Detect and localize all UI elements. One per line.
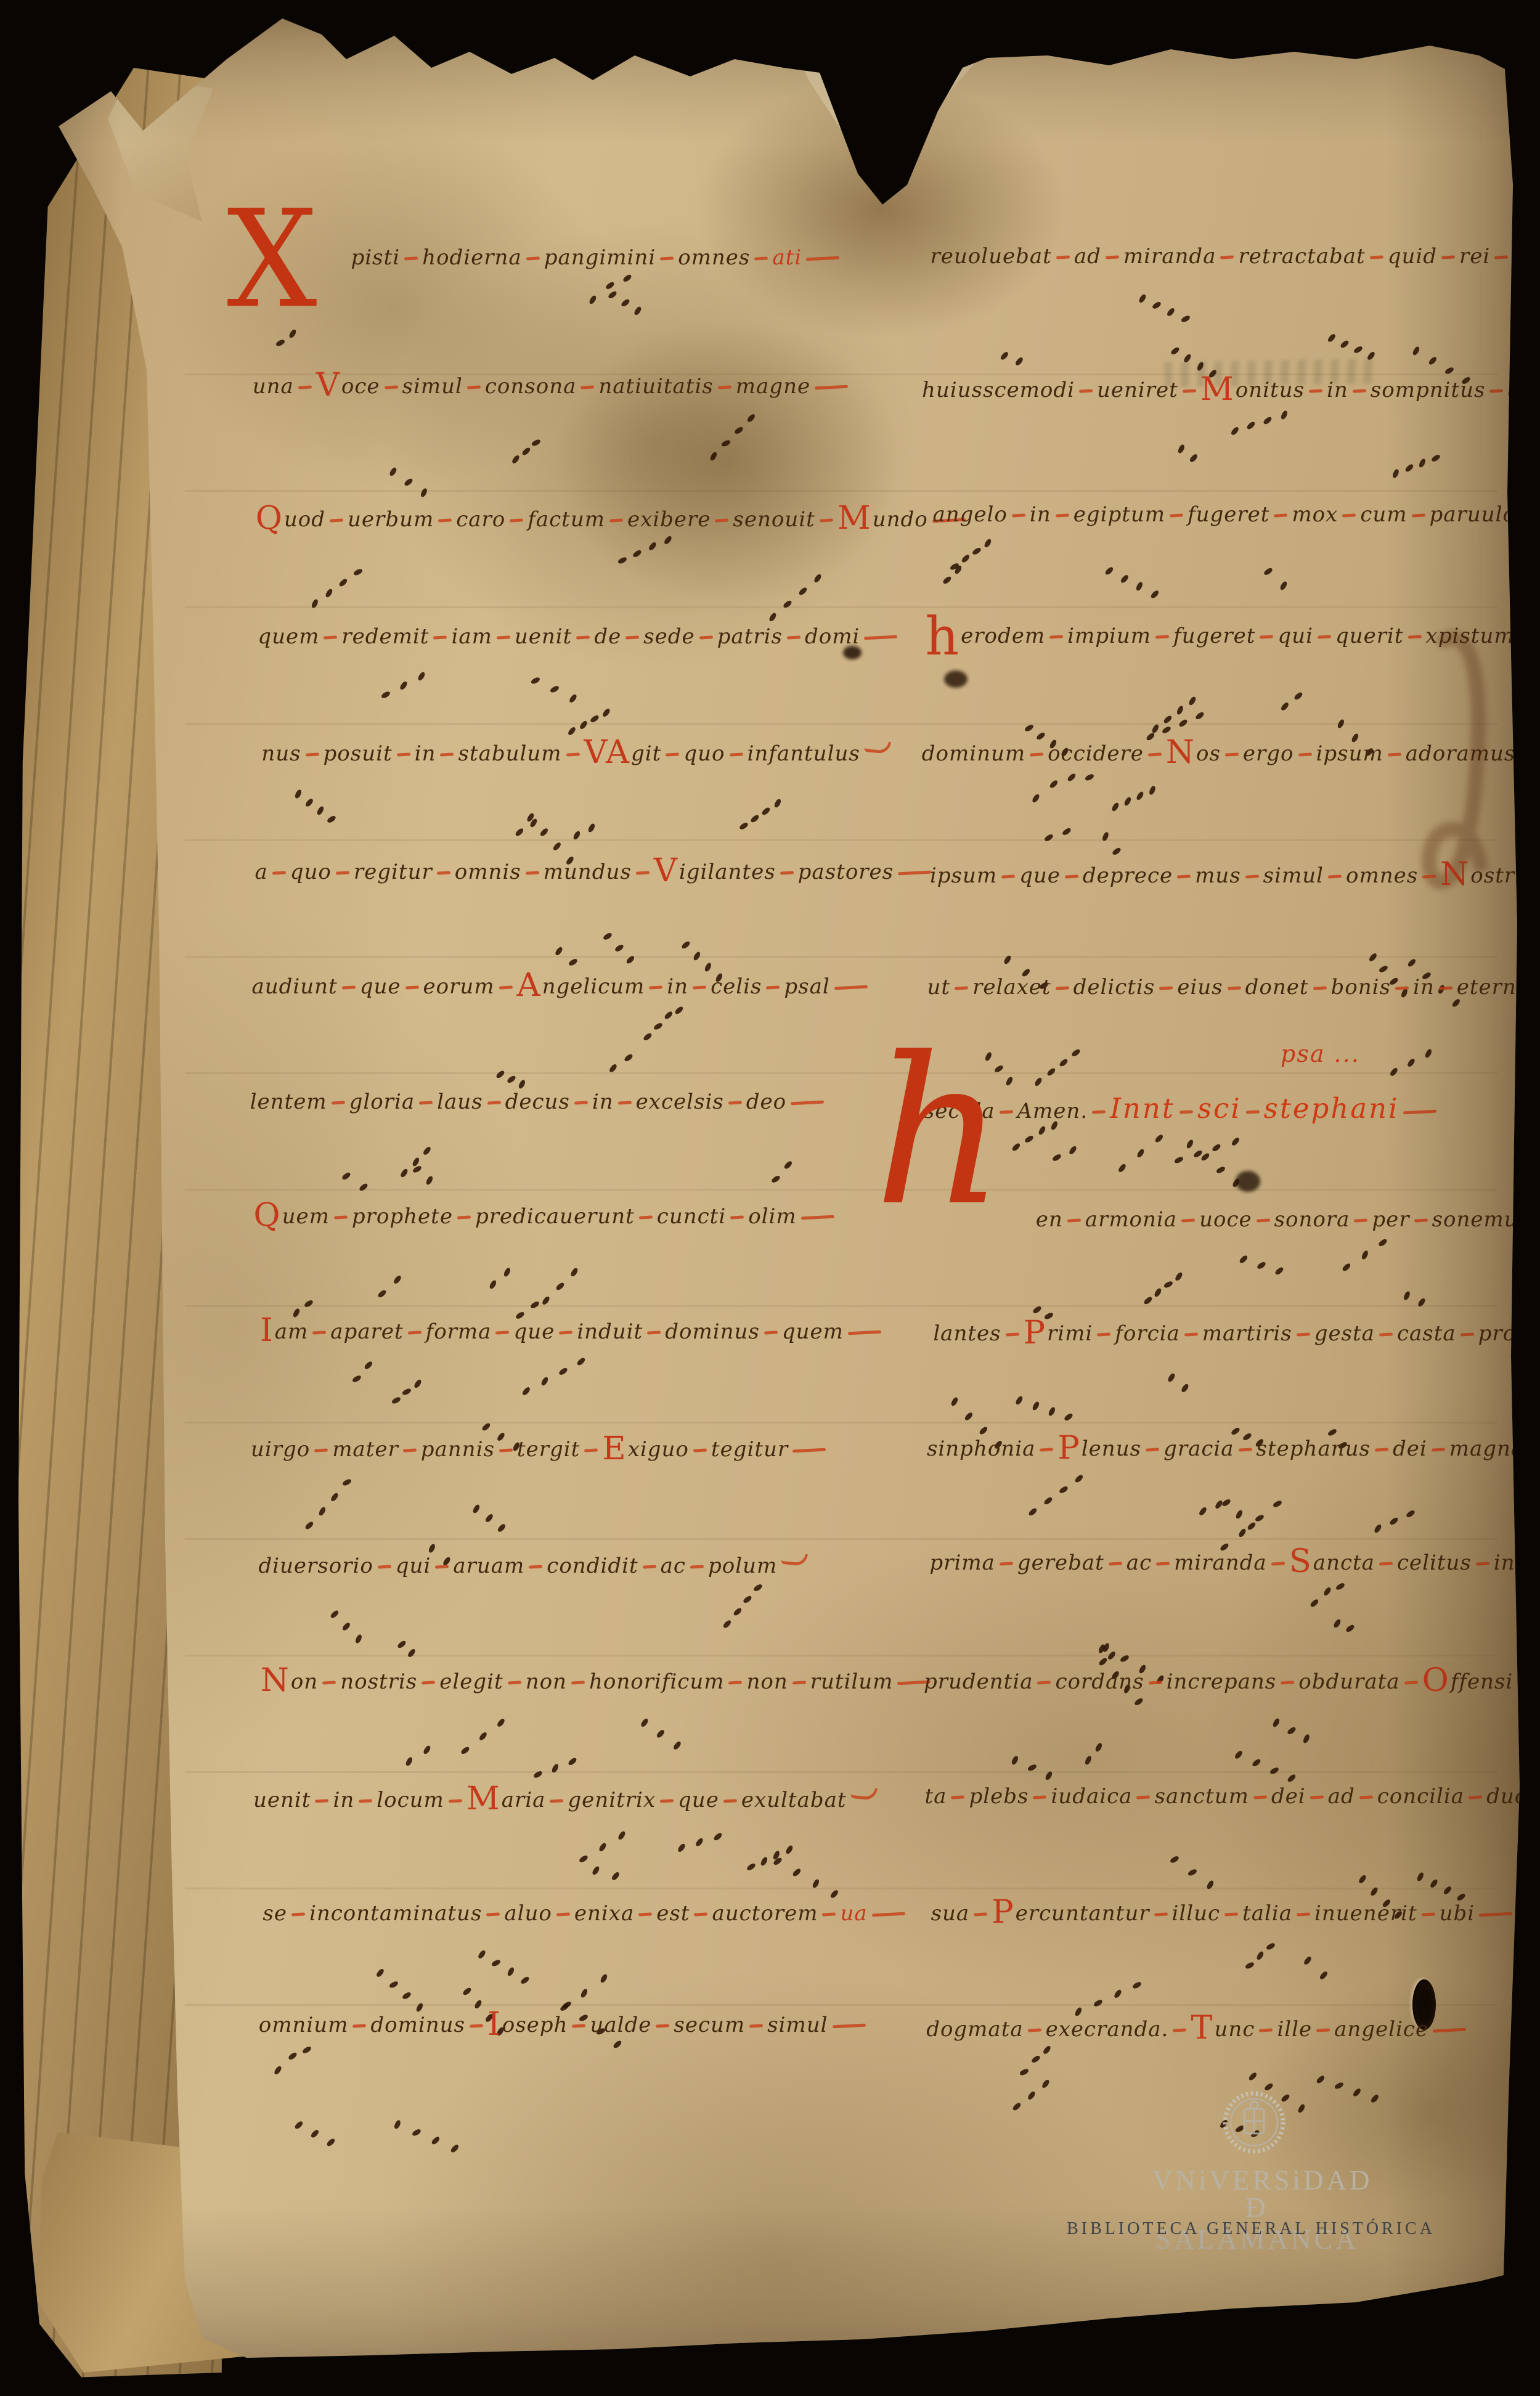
word: rei bbox=[1459, 246, 1490, 267]
neume-dot bbox=[664, 1011, 674, 1021]
neume-group bbox=[927, 1350, 1513, 1448]
neume-dot bbox=[412, 1165, 422, 1173]
rubric-dash bbox=[1476, 1562, 1489, 1565]
neume-dot bbox=[1280, 2093, 1290, 2102]
red-initial: Q bbox=[256, 499, 283, 537]
word: egiptum bbox=[1074, 504, 1165, 525]
neume-dot bbox=[1132, 1981, 1143, 1989]
rubric-dash bbox=[1298, 752, 1311, 756]
rubric-dash bbox=[806, 256, 839, 261]
neume-dot bbox=[1269, 1766, 1279, 1775]
neume-dot bbox=[1000, 351, 1009, 361]
neume-dot bbox=[377, 1289, 387, 1299]
word: ua bbox=[840, 1903, 867, 1924]
rubric-dash bbox=[848, 1330, 881, 1335]
rubric-dash bbox=[1354, 1219, 1367, 1223]
neume-dot bbox=[1150, 589, 1160, 599]
word: Nos bbox=[1166, 743, 1221, 764]
rubric-dash bbox=[1422, 874, 1436, 878]
neume-dot bbox=[1353, 346, 1363, 354]
neume-dot bbox=[1113, 1989, 1123, 1999]
word: uerbum bbox=[348, 509, 434, 530]
neume-dot bbox=[511, 454, 521, 465]
neume-dot bbox=[1238, 1255, 1249, 1265]
rubric-dash bbox=[1520, 752, 1540, 757]
neume-dot bbox=[746, 1862, 757, 1872]
neume-dot bbox=[1370, 2093, 1380, 2103]
neume-dot bbox=[329, 1610, 340, 1620]
manuscript-line-left-13: Nonnostriselegitnonhonorificumnonrutilum bbox=[261, 1671, 935, 1692]
red-initial: I bbox=[260, 1311, 274, 1349]
marginal-psalm-cue: psa ... bbox=[1281, 1040, 1360, 1067]
neume-dot bbox=[327, 815, 337, 824]
neume-dot bbox=[1178, 718, 1189, 727]
word: Vigilantes bbox=[654, 862, 776, 882]
neume-dot bbox=[663, 535, 673, 545]
rubric-dash bbox=[330, 518, 343, 522]
neume-dot bbox=[559, 2003, 569, 2012]
neume-dot bbox=[738, 822, 749, 831]
rubric-dash bbox=[1154, 1912, 1167, 1916]
rubric-dash bbox=[324, 636, 337, 640]
rubric-dash bbox=[780, 871, 794, 875]
rubric-dash bbox=[1227, 986, 1241, 990]
word: in bbox=[1030, 504, 1051, 525]
rubric-dash bbox=[1106, 255, 1119, 259]
rubric-dash bbox=[1246, 1110, 1260, 1114]
neume-dot bbox=[1102, 1642, 1110, 1653]
word: forma bbox=[426, 1321, 492, 1342]
neume-dot bbox=[1189, 453, 1199, 463]
word: Angelicum bbox=[517, 976, 645, 997]
word: pisti bbox=[351, 247, 401, 268]
word: eius bbox=[1177, 977, 1223, 998]
rubric-dash bbox=[815, 385, 848, 389]
neume-dot bbox=[1412, 346, 1421, 356]
rubric-dash bbox=[1318, 635, 1331, 638]
word: se bbox=[263, 1903, 287, 1924]
neume-dot bbox=[568, 1757, 578, 1766]
rubric-dash bbox=[974, 1912, 987, 1916]
neume-group bbox=[256, 271, 878, 370]
word: olim bbox=[748, 1206, 796, 1227]
manuscript-line-right-11: sinphoniaPlenusgraciastephanusdeimagna bbox=[927, 1438, 1540, 1459]
word: eorum bbox=[423, 976, 495, 997]
word: Iam bbox=[260, 1321, 308, 1342]
word: posuit bbox=[324, 743, 393, 764]
word: ipsum bbox=[930, 865, 997, 886]
neume-dot bbox=[1019, 2068, 1030, 2076]
word: sinphonia bbox=[927, 1438, 1035, 1459]
neume-dot bbox=[599, 1973, 608, 1984]
red-initial: P bbox=[1057, 1429, 1080, 1467]
rubric-dash bbox=[792, 1681, 806, 1684]
neume-group bbox=[927, 1119, 1513, 1217]
neume-dot bbox=[1034, 1077, 1043, 1087]
rubric-dash bbox=[1534, 1219, 1540, 1223]
word: non bbox=[526, 1671, 567, 1692]
rubric-dash bbox=[1253, 1795, 1267, 1799]
neume-dot bbox=[1170, 346, 1180, 356]
neume-dot bbox=[1151, 723, 1160, 734]
red-initial: P bbox=[992, 1893, 1014, 1931]
neume-dot bbox=[632, 549, 643, 558]
neume-dot bbox=[375, 1968, 385, 1978]
word: per bbox=[1372, 1209, 1409, 1230]
neume-dot bbox=[569, 1267, 579, 1277]
neume-dot bbox=[1287, 1774, 1297, 1783]
neume-dot bbox=[1051, 1153, 1062, 1162]
word: tegitur bbox=[711, 1439, 788, 1460]
rubric-dash bbox=[378, 1565, 391, 1569]
neume-dot bbox=[1195, 711, 1205, 720]
word: gerebat bbox=[1017, 1552, 1104, 1573]
neume-dot bbox=[1310, 1598, 1320, 1608]
word: Plenus bbox=[1057, 1438, 1141, 1459]
neume-dot bbox=[750, 814, 760, 824]
rubric-dash bbox=[336, 871, 349, 875]
neume-group bbox=[256, 404, 878, 502]
parchment-page: pistihodiernapangiminiomnesatiunaVocesim… bbox=[0, 0, 1540, 2396]
rubric-dash bbox=[1404, 1681, 1417, 1685]
rubric-dash bbox=[499, 986, 512, 990]
rubric-dash bbox=[1055, 986, 1069, 990]
neume-dot bbox=[1041, 2079, 1051, 2089]
rubric-dash bbox=[1092, 1110, 1106, 1114]
neume-dot bbox=[1335, 1582, 1346, 1591]
neume-dot bbox=[316, 805, 325, 816]
rubric-dash bbox=[352, 2024, 366, 2028]
rubric-dash bbox=[1238, 1448, 1252, 1452]
neume-dot bbox=[1444, 367, 1455, 375]
neume-dot bbox=[1230, 1427, 1241, 1436]
word: sua bbox=[931, 1903, 970, 1924]
rubric-dash bbox=[1422, 1912, 1435, 1916]
neume-dot bbox=[1180, 314, 1191, 323]
word: que bbox=[678, 1790, 719, 1811]
word: uenit bbox=[253, 1790, 311, 1811]
neume-dot bbox=[287, 2052, 298, 2061]
rubric-dash bbox=[305, 753, 319, 757]
neume-dot bbox=[521, 446, 531, 456]
word: ab bbox=[1507, 380, 1534, 401]
neume-group bbox=[927, 653, 1513, 752]
word: quid bbox=[1388, 246, 1437, 267]
neume-dot bbox=[1286, 1726, 1297, 1735]
neume-dot bbox=[1135, 791, 1144, 801]
word: querit bbox=[1335, 625, 1404, 646]
rubric-dash bbox=[298, 385, 312, 389]
red-initial: S bbox=[1289, 1542, 1312, 1580]
neume-dot bbox=[617, 1830, 626, 1841]
neume-dot bbox=[1266, 1942, 1276, 1951]
neume-dot bbox=[607, 290, 617, 299]
word: dei bbox=[1393, 1438, 1427, 1459]
neume-dot bbox=[364, 1360, 373, 1370]
neume-dot bbox=[695, 1837, 704, 1848]
neume-dot bbox=[1167, 1373, 1176, 1383]
neume-dot bbox=[954, 564, 963, 575]
red-initial: h bbox=[925, 606, 959, 667]
neume-dot bbox=[495, 1070, 506, 1080]
word: in bbox=[592, 1091, 614, 1112]
word: domi bbox=[805, 626, 860, 647]
rubric-dash bbox=[1155, 635, 1169, 638]
rubric-dash bbox=[403, 1449, 417, 1453]
neume-dot bbox=[598, 1842, 607, 1852]
rubric-dash bbox=[449, 1799, 462, 1803]
rubric-dash bbox=[508, 1681, 521, 1684]
neume-dot bbox=[1279, 581, 1288, 591]
neume-dot bbox=[1280, 701, 1290, 711]
neume-dot bbox=[614, 943, 624, 953]
neume-dot bbox=[491, 1958, 502, 1967]
rubric-dash bbox=[1156, 1562, 1170, 1565]
word: a bbox=[255, 862, 267, 882]
neume-dot bbox=[462, 1986, 472, 1995]
red-initial: N bbox=[1166, 733, 1195, 771]
rubric-dash bbox=[693, 986, 706, 990]
manuscript-line-left-11: uirgomaterpannistergitExiguotegitur bbox=[251, 1439, 830, 1460]
neume-dot bbox=[381, 691, 391, 699]
rubric-dash bbox=[660, 1799, 674, 1803]
rubric-dash bbox=[1079, 389, 1093, 393]
rubric-dash bbox=[1528, 1448, 1540, 1453]
neume-dot bbox=[942, 576, 953, 585]
neume-dot bbox=[753, 1583, 764, 1592]
neume-dot bbox=[473, 1999, 483, 2010]
rubric-dash bbox=[666, 753, 679, 757]
word: casta bbox=[1397, 1323, 1456, 1344]
neume-dot bbox=[1107, 1650, 1117, 1661]
neume-dot bbox=[1136, 1148, 1145, 1159]
word: patris bbox=[717, 626, 783, 647]
neume-dot bbox=[1297, 2103, 1306, 2114]
neume-group bbox=[927, 1813, 1513, 1912]
neume-dot bbox=[1212, 1143, 1222, 1152]
neume-dot bbox=[515, 1311, 526, 1320]
rubric-dash bbox=[1225, 752, 1239, 756]
word: uenit bbox=[515, 626, 572, 647]
neume-dot bbox=[506, 1966, 515, 1977]
word: quo bbox=[290, 862, 332, 882]
word: uirgo bbox=[251, 1439, 310, 1460]
word: prudentia bbox=[924, 1671, 1033, 1692]
word: dei bbox=[1271, 1786, 1306, 1807]
rubric-dash bbox=[1469, 1795, 1482, 1799]
rubric-dash bbox=[1408, 635, 1421, 638]
neume-dot bbox=[1237, 1528, 1247, 1538]
neume-dot bbox=[567, 726, 577, 736]
neume-dot bbox=[617, 556, 627, 565]
neume-dot bbox=[1145, 732, 1155, 742]
word: simul bbox=[767, 2015, 828, 2035]
neume-dot bbox=[1098, 1657, 1109, 1667]
neume-group bbox=[927, 889, 1513, 987]
neume-dot bbox=[399, 1168, 409, 1178]
rubric-dash bbox=[1005, 1333, 1019, 1337]
neume-dot bbox=[1404, 463, 1415, 473]
neume-dot bbox=[330, 1492, 340, 1502]
rubric-dash bbox=[1256, 1219, 1269, 1223]
neume-dot bbox=[1070, 1048, 1081, 1057]
neume-dot bbox=[732, 1607, 743, 1617]
rubric-dash bbox=[322, 1681, 336, 1684]
neume-dot bbox=[1327, 1428, 1337, 1436]
word: omnium bbox=[259, 2015, 349, 2035]
neume-dot bbox=[561, 2001, 572, 2010]
word: rutilum bbox=[810, 1671, 894, 1692]
rubric-dash bbox=[864, 635, 897, 640]
neume-dot bbox=[1037, 1125, 1046, 1136]
rubric-dash bbox=[1411, 513, 1425, 517]
rubric-dash bbox=[1281, 1681, 1294, 1685]
neume-dot bbox=[428, 1543, 436, 1554]
neume-dot bbox=[1027, 2090, 1037, 2101]
drop-cap-x: X bbox=[227, 192, 317, 327]
rubric-dash bbox=[1489, 389, 1503, 393]
neume-dot bbox=[481, 1422, 491, 1432]
word: occidere bbox=[1048, 743, 1144, 764]
neume-group bbox=[256, 1465, 878, 1564]
neume-dot bbox=[354, 1634, 362, 1644]
word: excelsis bbox=[636, 1091, 724, 1112]
neume-dot bbox=[773, 1857, 783, 1866]
word: fugeret bbox=[1173, 625, 1255, 646]
rubric-dash bbox=[457, 1216, 471, 1220]
rubric-dash bbox=[408, 1331, 422, 1335]
neume-dot bbox=[1117, 1163, 1127, 1173]
word: ac bbox=[1126, 1552, 1152, 1573]
word: ueniret bbox=[1097, 380, 1178, 401]
neume-dot bbox=[304, 1521, 315, 1531]
red-initial: M bbox=[1200, 370, 1234, 408]
neume-dot bbox=[1361, 1250, 1369, 1260]
neume-dot bbox=[653, 1022, 663, 1030]
neume-dot bbox=[572, 830, 581, 841]
word: relaxet bbox=[972, 977, 1051, 998]
rubric-dash bbox=[1056, 513, 1069, 517]
rubric-dash bbox=[438, 518, 452, 522]
word: iam bbox=[451, 626, 492, 647]
neume-group bbox=[256, 1813, 878, 1912]
neume-dot bbox=[1302, 1734, 1311, 1744]
neume-dot bbox=[1058, 1057, 1069, 1067]
word: sanctum bbox=[1154, 1786, 1249, 1807]
neume-dot bbox=[1031, 1401, 1040, 1411]
neume-dot bbox=[1148, 785, 1157, 796]
neume-dot bbox=[1063, 1412, 1074, 1422]
neume-dot bbox=[1175, 1271, 1184, 1282]
rubric-dash bbox=[1309, 389, 1322, 393]
manuscript-line-right-6: ipsumquedeprecemussimulomnesNostris bbox=[930, 865, 1540, 886]
rubric-dash bbox=[1388, 752, 1401, 756]
word: ubi bbox=[1440, 1903, 1475, 1924]
word: que bbox=[1019, 865, 1061, 886]
rubric-dash bbox=[1000, 1562, 1013, 1565]
manuscript-line-left-5: nusposuitinstabulumVAgitquoinfantulus bbox=[261, 743, 895, 764]
word: omnes bbox=[1346, 865, 1418, 886]
neume-dot bbox=[1135, 581, 1144, 592]
neume-dot bbox=[1200, 1152, 1210, 1162]
rubric-dash bbox=[643, 1565, 656, 1569]
neume-dot bbox=[611, 1871, 621, 1881]
word: ut bbox=[927, 977, 951, 998]
rubric-dash bbox=[1065, 874, 1078, 878]
neume-dot bbox=[783, 600, 793, 609]
rubric-dash bbox=[529, 1565, 542, 1569]
neume-group bbox=[927, 404, 1513, 502]
word: genitrix bbox=[568, 1790, 656, 1811]
rubric-dash bbox=[638, 1913, 652, 1917]
neume-dot bbox=[472, 1504, 481, 1514]
word: ad bbox=[1328, 1786, 1355, 1807]
word: decus bbox=[505, 1091, 570, 1112]
neume-dot bbox=[1152, 301, 1162, 310]
neume-dot bbox=[1045, 1771, 1054, 1781]
rubric-dash bbox=[495, 1331, 509, 1335]
neume-dot bbox=[1272, 1499, 1282, 1508]
neume-dot bbox=[1011, 1755, 1019, 1766]
neume-dot bbox=[394, 2119, 402, 2130]
word: audiunt bbox=[251, 976, 337, 997]
word: secum bbox=[674, 2015, 745, 2035]
rubric-dash bbox=[1170, 513, 1183, 517]
neume-dot bbox=[1234, 1750, 1244, 1759]
neume-group bbox=[927, 1465, 1513, 1564]
neume-dot bbox=[950, 1396, 959, 1407]
rubric-dash bbox=[864, 740, 891, 754]
rubric-dash bbox=[331, 1101, 344, 1104]
neume-group bbox=[927, 1928, 1513, 2026]
neume-dot bbox=[640, 1718, 650, 1728]
word: prima bbox=[929, 1552, 995, 1573]
neume-dot bbox=[391, 1396, 401, 1404]
word: ac bbox=[661, 1555, 686, 1576]
neume-dot bbox=[605, 281, 616, 290]
neume-group bbox=[256, 533, 878, 632]
neume-group bbox=[256, 1579, 878, 1678]
rubric-dash bbox=[1109, 1562, 1122, 1565]
word: Primi bbox=[1024, 1323, 1093, 1344]
manuscript-line-left-4: quemredemitiamuenitdesedepatrisdomi bbox=[258, 626, 902, 647]
word: pastores bbox=[798, 862, 894, 882]
neume-dot bbox=[1094, 1742, 1104, 1753]
word: omnis bbox=[455, 862, 521, 882]
word: huiusscemodi bbox=[922, 380, 1075, 401]
neume-dot bbox=[1154, 1287, 1163, 1298]
neume-dot bbox=[983, 538, 992, 548]
neume-group bbox=[927, 2043, 1513, 2141]
neume-dot bbox=[304, 797, 314, 807]
neume-dot bbox=[608, 1063, 618, 1074]
word: ac bbox=[1537, 625, 1540, 646]
neume-dot bbox=[1368, 952, 1378, 962]
word: dogmata bbox=[926, 2019, 1023, 2040]
word: angelice bbox=[1334, 2019, 1428, 2040]
red-initial: I bbox=[487, 2005, 501, 2043]
word: induit bbox=[577, 1321, 643, 1342]
neume-dot bbox=[1027, 1764, 1037, 1772]
word: in bbox=[415, 743, 436, 764]
neume-dot bbox=[1024, 723, 1035, 732]
rubric-dash bbox=[487, 1101, 500, 1104]
rubric-dash bbox=[486, 1913, 500, 1917]
rubric-dash bbox=[639, 1216, 653, 1220]
word: uoce bbox=[1199, 1209, 1252, 1230]
word: cum bbox=[1360, 504, 1407, 525]
manuscript-line-left-6: aquoregituromnismundusVigilantespastores bbox=[255, 862, 935, 882]
